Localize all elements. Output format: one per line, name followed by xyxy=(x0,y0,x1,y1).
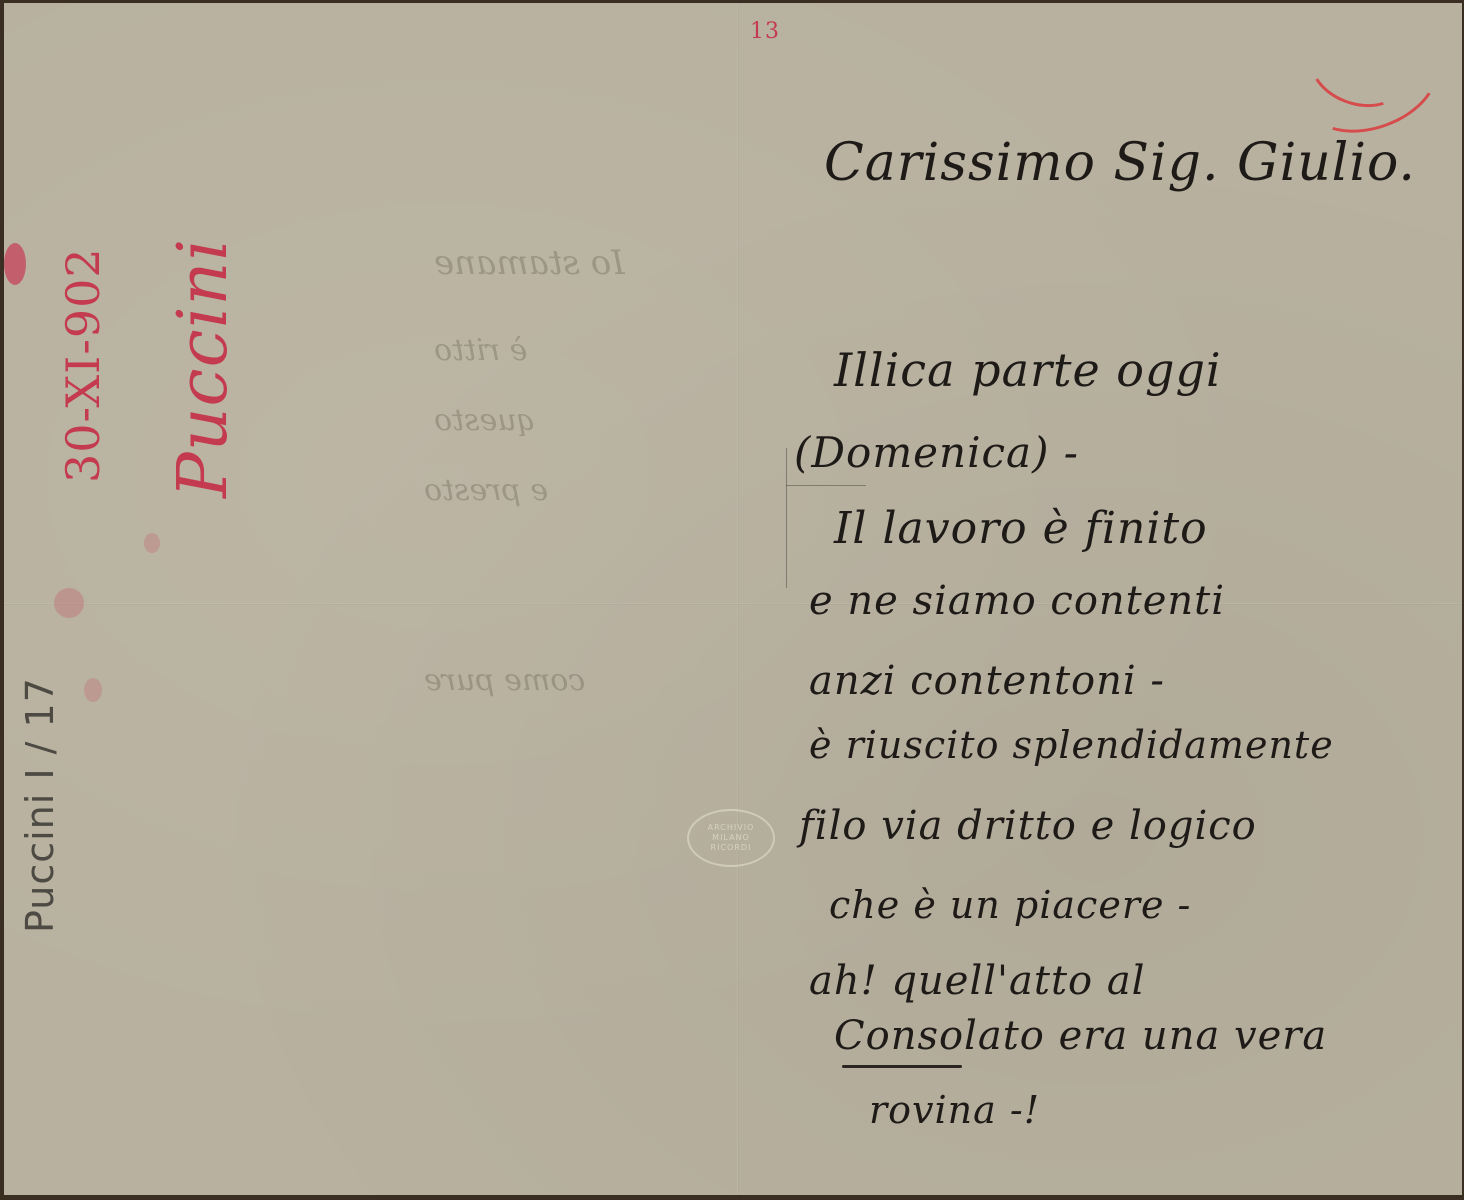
letter-line: anzi contentoni - xyxy=(809,658,1165,704)
letter-line: (Domenica) - xyxy=(794,428,1079,477)
horizontal-fold xyxy=(4,603,1462,605)
bleed-through-line: e presto xyxy=(424,473,548,508)
stamp-line: ARCHIVIO xyxy=(708,823,755,833)
folio-number: 13 xyxy=(750,19,780,44)
stamp-line: RICORDI xyxy=(711,843,752,853)
letter-line: Il lavoro è finito xyxy=(834,503,1208,554)
letter-sheet: Io stamane è ritto questo e presto come … xyxy=(4,3,1462,1195)
red-name-annotation: Puccini xyxy=(164,238,243,498)
letter-line: Illica parte oggi xyxy=(834,343,1222,397)
vertical-fold xyxy=(737,3,739,1195)
salutation: Carissimo Sig. Giulio. xyxy=(824,133,1416,193)
underline-consolato xyxy=(842,1065,962,1068)
pencil-margin-line xyxy=(786,448,787,588)
stamp-line: MILANO xyxy=(712,833,750,843)
red-date-annotation: 30-XI-902 xyxy=(56,247,110,483)
letter-line: e ne siamo contenti xyxy=(809,578,1225,624)
bleed-through-line: questo xyxy=(434,403,536,438)
letter-line: rovina -! xyxy=(869,1088,1040,1132)
letter-line: Consolato era una vera xyxy=(834,1013,1327,1059)
pencil-margin-line xyxy=(786,485,866,486)
letter-line: che è un piacere - xyxy=(829,883,1191,927)
red-ink-blot xyxy=(54,588,84,618)
red-crayon-mark xyxy=(1293,22,1450,149)
archive-stamp: ARCHIVIO MILANO RICORDI xyxy=(687,809,775,867)
letter-line: è riuscito splendidamente xyxy=(809,723,1334,767)
red-ink-blot xyxy=(4,243,26,285)
pencil-shelfmark: Puccini I / 17 xyxy=(18,677,62,933)
bleed-through-line: Io stamane xyxy=(434,243,625,283)
bleed-through-line: è ritto xyxy=(434,333,527,368)
red-ink-blot xyxy=(144,533,160,553)
bleed-through-line: come pure xyxy=(424,663,585,698)
letter-line: ah! quell'atto al xyxy=(809,958,1145,1004)
red-ink-blot xyxy=(84,678,102,702)
letter-line: filo via dritto e logico xyxy=(799,803,1257,849)
